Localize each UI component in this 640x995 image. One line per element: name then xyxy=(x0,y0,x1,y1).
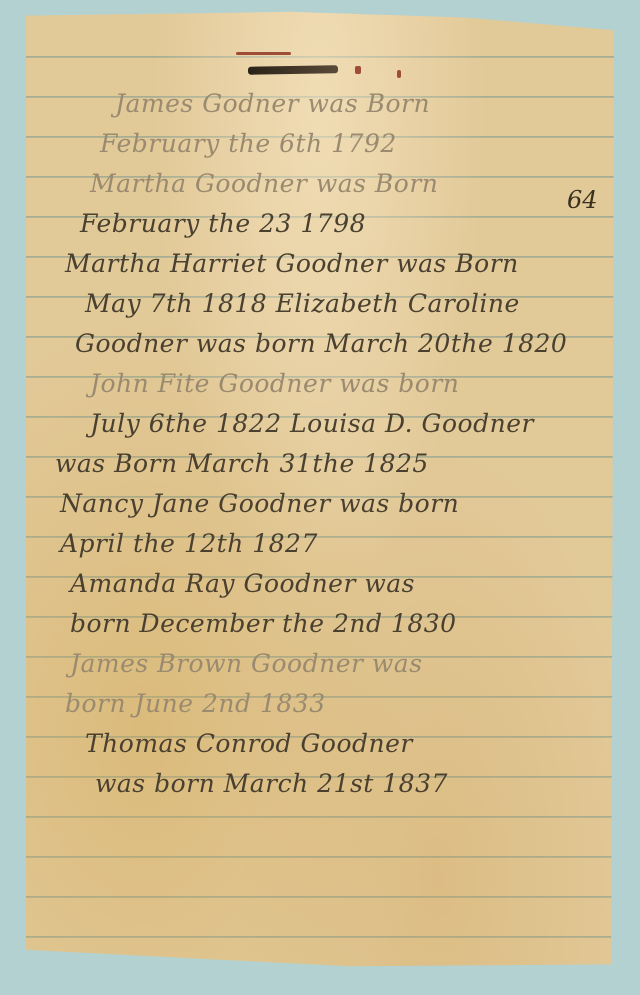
text-line: Thomas Conrod Goodner xyxy=(85,724,620,764)
text-line: July 6the 1822 Louisa D. Goodner xyxy=(90,404,620,444)
text-line: John Fite Goodner was born xyxy=(90,364,620,404)
handwritten-text: James Godner was Born February the 6th 1… xyxy=(60,84,620,804)
text-line: Martha Harriet Goodner was Born xyxy=(65,244,620,284)
text-line: was born March 21st 1837 xyxy=(95,764,620,804)
text-line: Nancy Jane Goodner was born xyxy=(60,484,620,524)
text-line: April the 12th 1827 xyxy=(60,524,620,564)
text-line: James Brown Goodner was xyxy=(70,644,620,684)
text-line: Goodner was born March 20the 1820 xyxy=(75,324,620,364)
torn-hole xyxy=(248,65,338,75)
rust-stain xyxy=(236,52,291,55)
text-line: Martha Goodner was Born xyxy=(90,164,620,204)
text-line: was Born March 31the 1825 xyxy=(55,444,620,484)
rust-stain xyxy=(397,70,401,78)
text-line: May 7th 1818 Elizabeth Caroline xyxy=(85,284,620,324)
text-line: born June 2nd 1833 xyxy=(65,684,620,724)
text-line: James Godner was Born xyxy=(115,84,620,124)
text-line: born December the 2nd 1830 xyxy=(70,604,620,644)
rust-stain xyxy=(355,66,361,74)
text-line: February the 23 1798 xyxy=(80,204,620,244)
text-line: February the 6th 1792 xyxy=(100,124,620,164)
text-line: Amanda Ray Goodner was xyxy=(70,564,620,604)
